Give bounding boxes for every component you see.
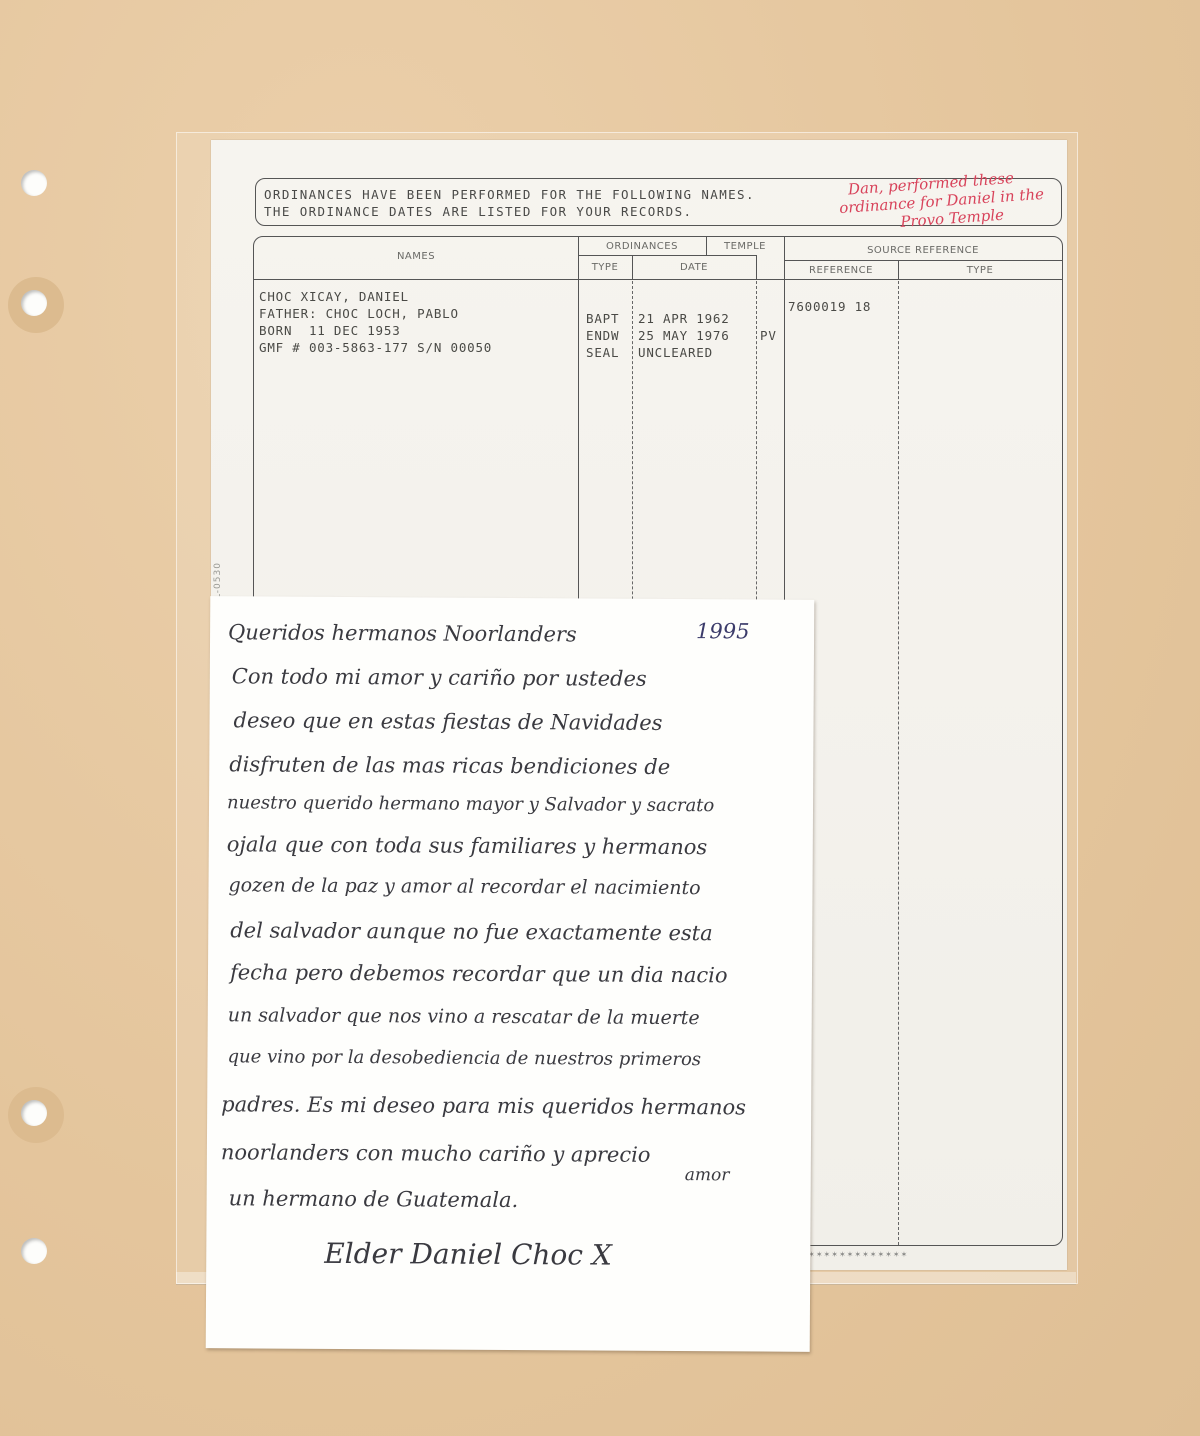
card-line-1: Queridos hermanos Noorlanders: [228, 620, 577, 646]
card-line-3: deseo que en estas fiestas de Navidades: [233, 708, 662, 735]
record-born: BORN 11 DEC 1953: [259, 323, 401, 338]
card-signature: Elder Daniel Choc X: [324, 1237, 612, 1272]
card-line-14: un hermano de Guatemala.: [229, 1186, 519, 1212]
col-header-date: DATE: [632, 262, 756, 273]
ordinance-date-endw: 25 MAY 1976: [638, 328, 730, 343]
binder-hole: [21, 290, 47, 316]
card-line-12: padres. Es mi deseo para mis queridos he…: [221, 1092, 746, 1119]
note-card: 1995 Queridos hermanos Noorlanders Con t…: [206, 596, 815, 1352]
ordinance-type-endw: ENDW: [586, 328, 619, 343]
card-line-8: del salvador aunque no fue exactamente e…: [230, 918, 713, 945]
dash-reference-type: [898, 281, 899, 1245]
ordinances-subrule: [578, 255, 756, 256]
ordinance-type-seal: SEAL: [586, 345, 619, 360]
card-line-7: gozen de la paz y amor al recordar el na…: [228, 874, 700, 899]
ordinance-date-bapt: 21 APR 1962: [638, 311, 730, 326]
col-header-temple: TEMPLE: [706, 241, 784, 252]
col-header-type: TYPE: [578, 262, 632, 273]
col-header-source-reference: SOURCE REFERENCE: [784, 245, 1062, 256]
card-line-6: ojala que con toda sus familiares y herm…: [227, 832, 708, 859]
header-line-1: ORDINANCES HAVE BEEN PERFORMED FOR THE F…: [264, 187, 755, 202]
card-line-4: disfruten de las mas ricas bendiciones d…: [229, 752, 670, 779]
record-gmf: GMF # 003-5863-177 S/N 00050: [259, 340, 492, 355]
col-header-ordinances: ORDINANCES: [578, 241, 706, 252]
card-line-5: nuestro querido hermano mayor y Salvador…: [227, 792, 714, 816]
card-line-10: un salvador que nos vino a rescatar de l…: [228, 1004, 700, 1029]
header-rule: [254, 279, 1062, 280]
col-header-source-type: TYPE: [898, 265, 1062, 276]
card-insert-word: amor: [685, 1165, 730, 1185]
ordinance-date-seal: UNCLEARED: [638, 345, 713, 360]
binder-hole: [21, 1238, 47, 1264]
binder-hole: [21, 1100, 47, 1126]
ordinance-type-bapt: BAPT: [586, 311, 619, 326]
header-line-2: THE ORDINANCE DATES ARE LISTED FOR YOUR …: [264, 204, 692, 219]
divider-date-temple: [756, 255, 757, 279]
col-header-names: NAMES: [254, 251, 578, 262]
card-line-2: Con todo mi amor y cariño por ustedes: [232, 664, 647, 691]
ordinance-temple-endw: PV: [760, 328, 777, 343]
binder-hole: [21, 170, 47, 196]
source-reference-value: 7600019 18: [788, 299, 871, 314]
source-subrule: [784, 260, 1062, 261]
record-father: FATHER: CHOC LOCH, PABLO: [259, 306, 459, 321]
record-name: CHOC XICAY, DANIEL: [259, 289, 409, 304]
card-line-11: que vino por la desobediencia de nuestro…: [227, 1046, 701, 1070]
card-line-9: fecha pero debemos recordar que un dia n…: [230, 960, 728, 987]
card-line-13: noorlanders con mucho cariño y aprecio: [221, 1140, 651, 1167]
col-header-reference: REFERENCE: [784, 265, 898, 276]
card-year: 1995: [696, 619, 750, 643]
